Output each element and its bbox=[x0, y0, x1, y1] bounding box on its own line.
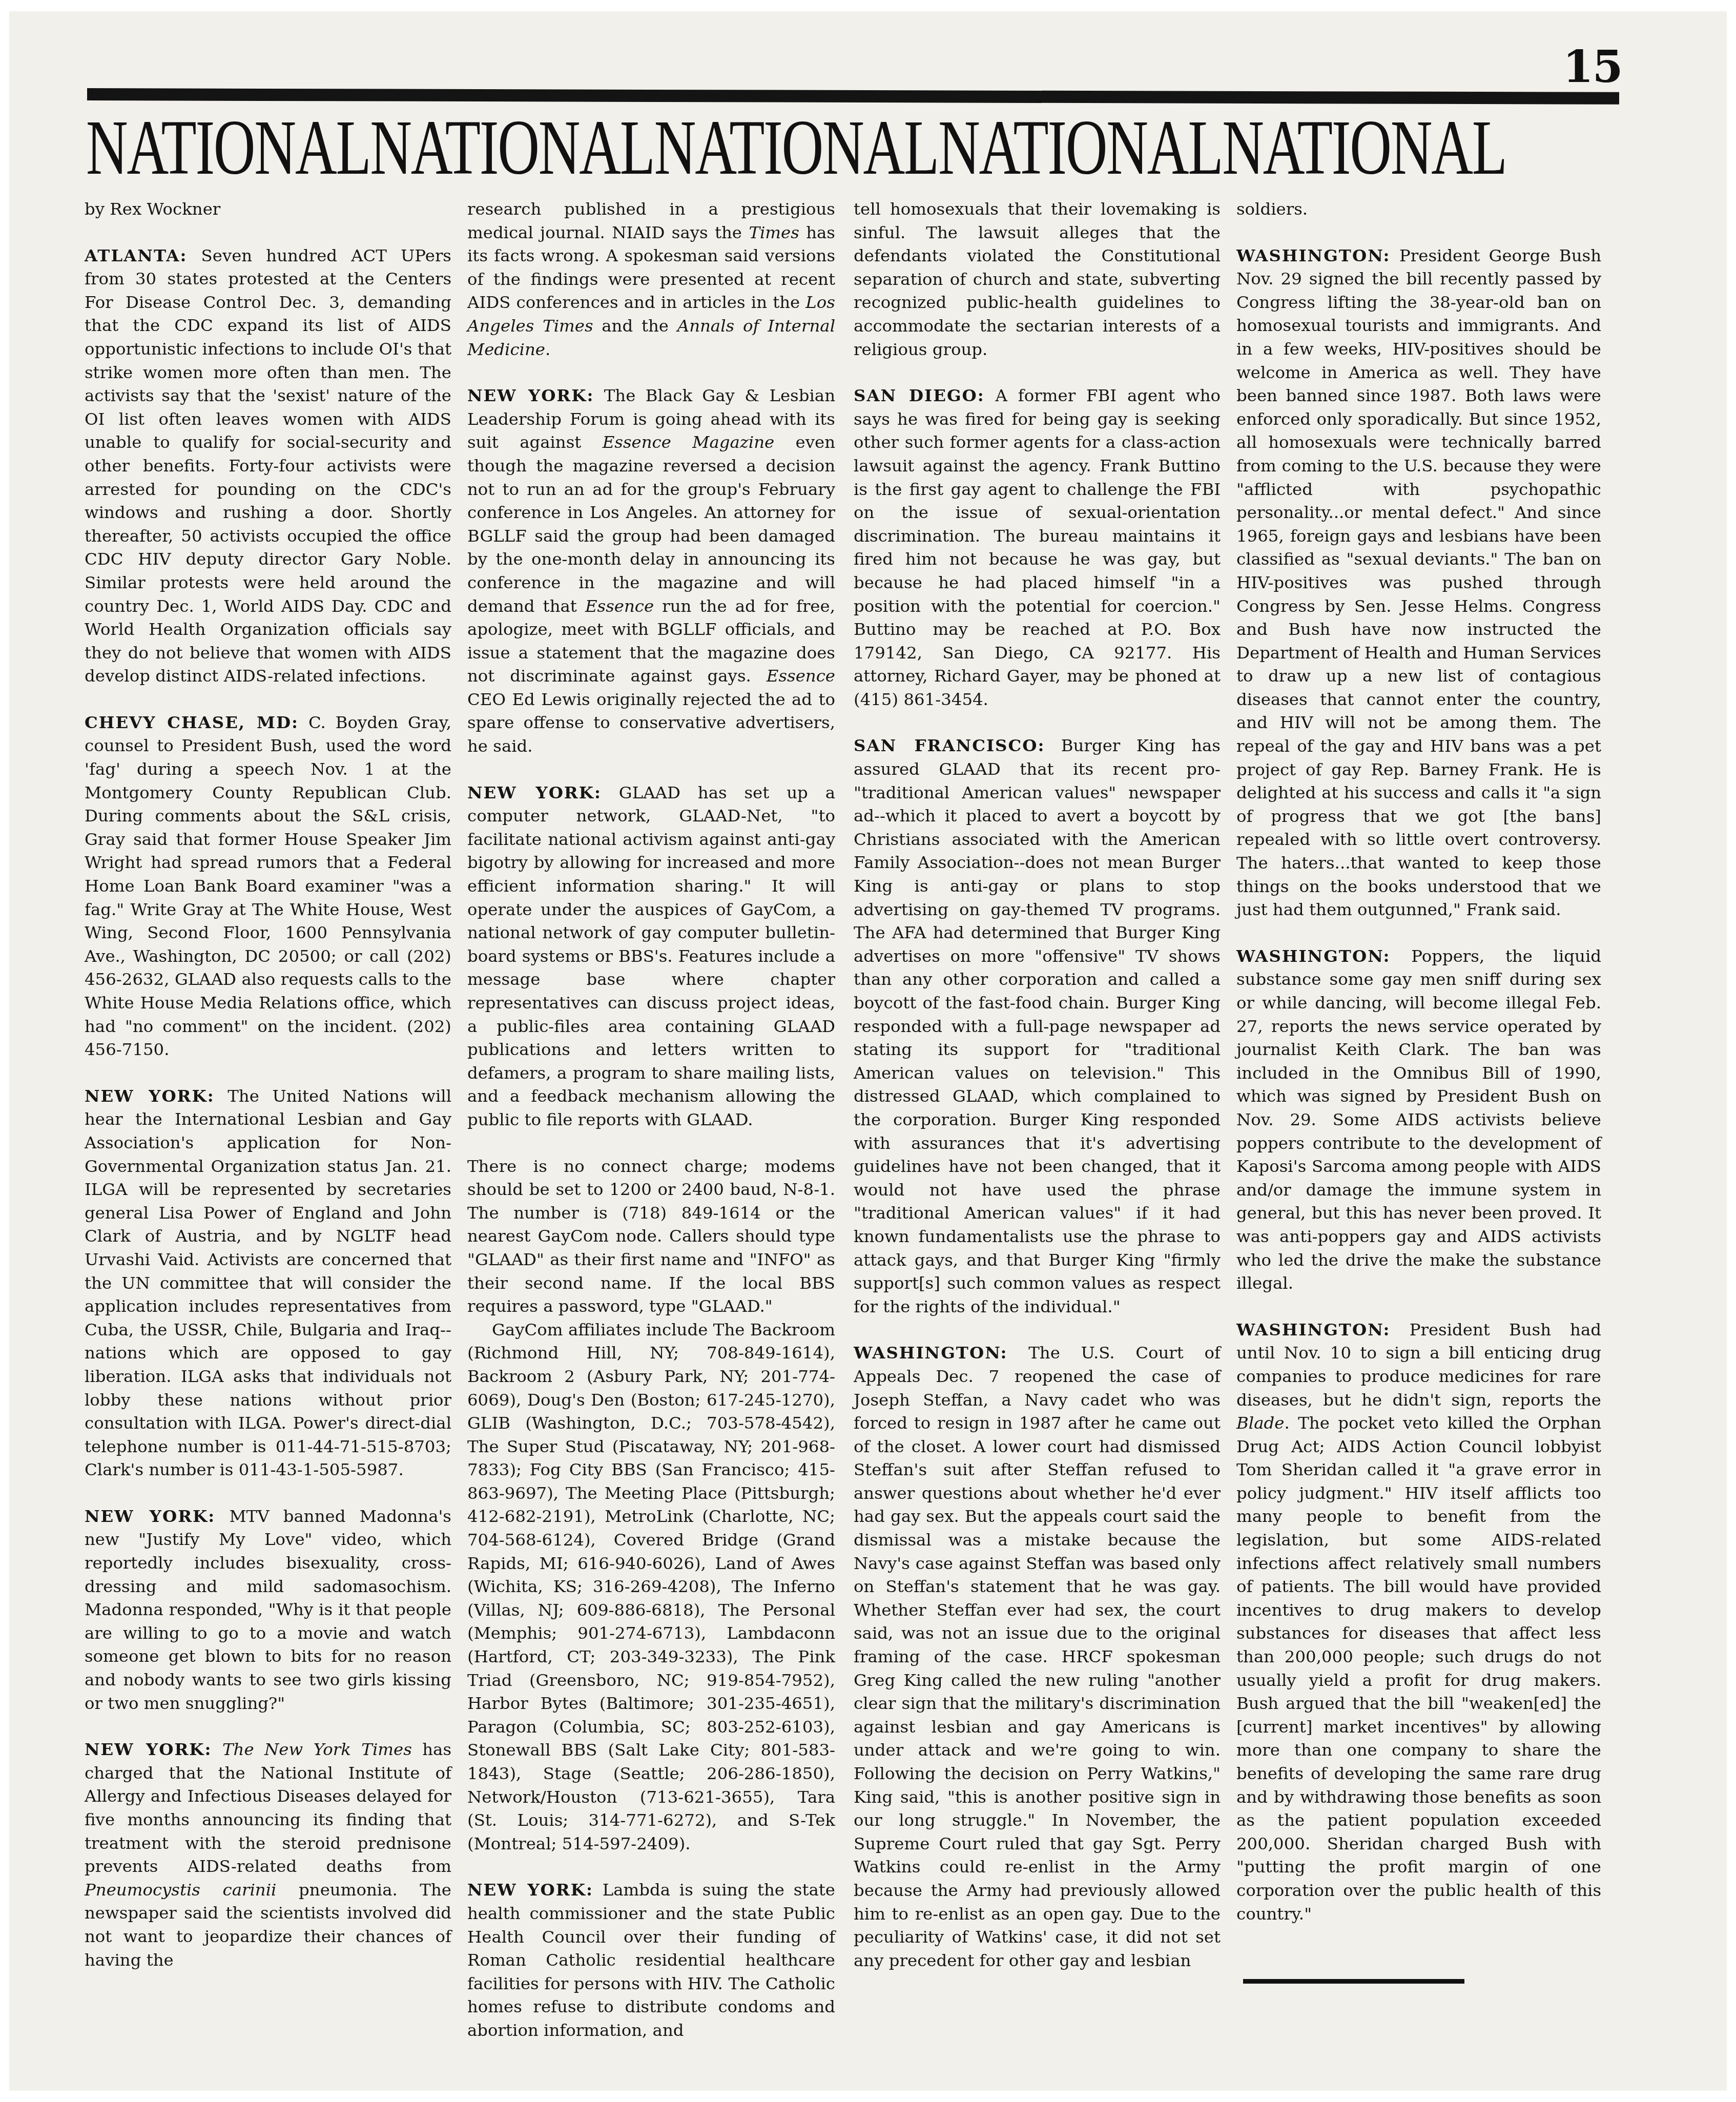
news-item: WASHINGTON: President George Bush Nov. 2… bbox=[1236, 244, 1601, 922]
news-item: SAN FRANCISCO: Burger King has assured G… bbox=[854, 734, 1221, 1318]
article-column-3: tell homosexuals that their lovemaking i… bbox=[854, 198, 1221, 1995]
publication-title: Blade bbox=[1236, 1413, 1284, 1433]
news-body: . The pocket veto killed the Orphan Drug… bbox=[1236, 1413, 1601, 1923]
dateline: NEW YORK: bbox=[467, 386, 594, 405]
news-item: ATLANTA: Seven hundred ACT UPers from 30… bbox=[85, 244, 451, 688]
news-body: even though the magazine reversed a deci… bbox=[467, 432, 835, 615]
dateline: WASHINGTON: bbox=[854, 1343, 1008, 1363]
news-item: There is no connect charge; modems shoul… bbox=[467, 1155, 835, 1318]
news-body: Poppers, the liquid substance some gay m… bbox=[1236, 946, 1601, 1293]
news-item: NEW YORK: The New York Times has charged… bbox=[85, 1738, 451, 1972]
dateline: NEW YORK: bbox=[467, 1880, 593, 1900]
news-body: MTV banned Madonna's new "Justify My Lov… bbox=[85, 1507, 451, 1713]
publication-title: The New York Times bbox=[222, 1740, 412, 1759]
news-item: WASHINGTON: The U.S. Court of Appeals De… bbox=[854, 1342, 1221, 1972]
news-item: research published in a prestigious medi… bbox=[467, 198, 835, 361]
news-item: CHEVY CHASE, MD: C. Boyden Gray, counsel… bbox=[85, 711, 451, 1062]
news-body: Lambda is suing the state health commiss… bbox=[467, 1880, 835, 2040]
news-body: has charged that the National Institute … bbox=[85, 1740, 451, 1876]
dateline: NEW YORK: bbox=[85, 1507, 215, 1526]
article-column-2: research published in a prestigious medi… bbox=[467, 198, 835, 2066]
news-body: tell homosexuals that their lovemaking i… bbox=[854, 199, 1221, 359]
dateline: NEW YORK: bbox=[85, 1086, 215, 1106]
news-body: . bbox=[545, 340, 550, 359]
news-body: President George Bush Nov. 29 signed the… bbox=[1236, 246, 1601, 920]
news-body: Seven hundred ACT UPers from 30 states p… bbox=[85, 246, 451, 686]
dateline: SAN DIEGO: bbox=[854, 386, 985, 405]
article-column-1: by Rex Wockner ATLANTA: Seven hundred AC… bbox=[85, 198, 451, 1995]
page-number: 15 bbox=[1563, 45, 1622, 89]
byline: by Rex Wockner bbox=[85, 198, 451, 221]
news-item: NEW YORK: MTV banned Madonna's new "Just… bbox=[85, 1505, 451, 1715]
news-body: soldiers. bbox=[1236, 199, 1308, 219]
news-item: WASHINGTON: President Bush had until Nov… bbox=[1236, 1318, 1601, 1926]
article-column-4: soldiers.WASHINGTON: President George Bu… bbox=[1236, 198, 1601, 1949]
news-item: tell homosexuals that their lovemaking i… bbox=[854, 198, 1221, 361]
end-of-article-rule bbox=[1243, 1979, 1464, 1984]
news-item: NEW YORK: Lambda is suing the state heal… bbox=[467, 1879, 835, 2042]
news-item: soldiers. bbox=[1236, 198, 1601, 221]
news-body: Burger King has assured GLAAD that its r… bbox=[854, 736, 1221, 1316]
news-body: CEO Ed Lewis originally rejected the ad … bbox=[467, 690, 835, 756]
news-body: C. Boyden Gray, counsel to President Bus… bbox=[85, 713, 451, 1059]
dateline: WASHINGTON: bbox=[1236, 246, 1391, 265]
news-body: A former FBI agent who says he was fired… bbox=[854, 386, 1221, 709]
section-banner: NATIONALNATIONALNATIONALNATIONALNATIONAL bbox=[86, 114, 1208, 182]
news-body: and the bbox=[593, 316, 677, 336]
news-item: GayCom affiliates include The Backroom (… bbox=[467, 1318, 835, 1856]
dateline: WASHINGTON: bbox=[1236, 946, 1391, 966]
news-item: NEW YORK: The Black Gay & Lesbian Leader… bbox=[467, 384, 835, 758]
publication-title: Essence bbox=[767, 666, 835, 686]
news-item: SAN DIEGO: A former FBI agent who says h… bbox=[854, 384, 1221, 711]
dateline: CHEVY CHASE, MD: bbox=[85, 713, 299, 732]
publication-title: Essence Magazine bbox=[603, 432, 775, 452]
news-item: NEW YORK: The United Nations will hear t… bbox=[85, 1085, 451, 1482]
news-body: GLAAD has set up a computer network, GLA… bbox=[467, 783, 835, 1129]
publication-title: Pneumocystis carinii bbox=[85, 1880, 276, 1900]
dateline: WASHINGTON: bbox=[1236, 1320, 1391, 1339]
news-body: The United Nations will hear the Interna… bbox=[85, 1086, 451, 1480]
publication-title: Times bbox=[749, 223, 799, 242]
publication-title: Essence bbox=[585, 596, 654, 616]
news-body: GayCom affiliates include The Backroom (… bbox=[467, 1320, 835, 1853]
news-item: WASHINGTON: Poppers, the liquid substanc… bbox=[1236, 945, 1601, 1295]
news-body: There is no connect charge; modems shoul… bbox=[467, 1157, 835, 1316]
dateline: NEW YORK: bbox=[467, 783, 602, 802]
dateline: ATLANTA: bbox=[85, 246, 187, 265]
news-body: The U.S. Court of Appeals Dec. 7 reopene… bbox=[854, 1343, 1221, 1970]
news-item: NEW YORK: GLAAD has set up a computer ne… bbox=[467, 781, 835, 1132]
dateline: SAN FRANCISCO: bbox=[854, 736, 1045, 755]
dateline: NEW YORK: bbox=[85, 1740, 212, 1759]
